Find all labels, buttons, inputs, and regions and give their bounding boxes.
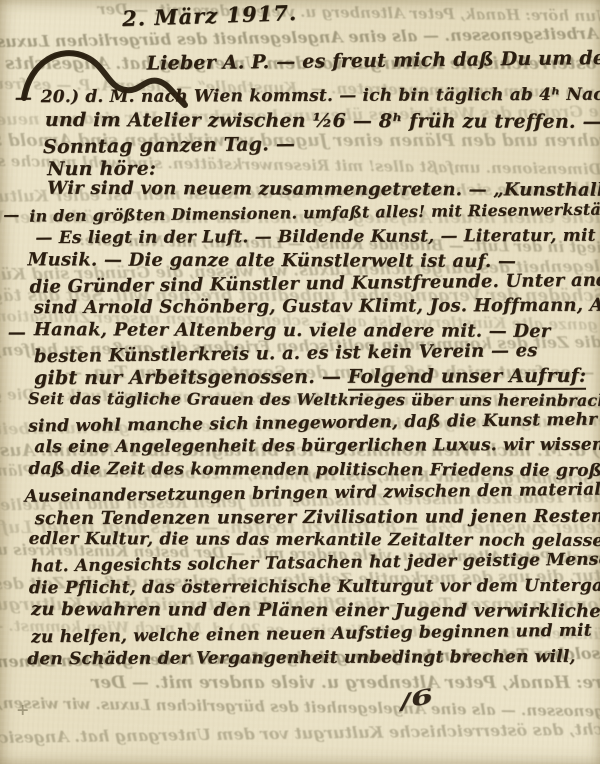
letter-line: die Gründer sind Künstler und Kunstfreun…: [29, 269, 600, 298]
letter-line-text: besten Künstlerkreis u. a. es ist kein V…: [34, 340, 538, 367]
letter-line-text: Seit das tägliche Grauen des Weltkrieges…: [28, 389, 600, 410]
letter-line: zu helfen, welche einen neuen Aufstieg b…: [31, 621, 592, 648]
letter-line-text: zu bewahren und den Plänen einer Jugend …: [31, 599, 600, 622]
letter-line-text: Wir sind von neuem zusammengetreten. — „…: [47, 178, 600, 201]
letter-line-text: zu helfen, welche einen neuen Aufstieg b…: [31, 621, 592, 648]
letter-line: als eine Angelegenheit des bürgerlichen …: [34, 435, 600, 458]
margin-dash: —: [15, 88, 32, 108]
letter-line: besten Künstlerkreis u. a. es ist kein V…: [34, 340, 538, 367]
underlined-phrase: Folgend unser Aufruf:: [348, 365, 587, 391]
letter-line: Musik. — Die ganze alte Künstlerwelt ist…: [27, 249, 516, 272]
letter-line-text: Nun höre:: [47, 158, 156, 180]
letter-line-text: hat. Angesichts solcher Tatsachen hat je…: [31, 549, 600, 576]
letter-line-text: die Gründer sind Künstler und Kunstfreun…: [29, 269, 600, 298]
margin-dash: —: [3, 205, 19, 224]
letter-line: Lieber A. P. — es freut mich daß Du um d…: [146, 47, 600, 75]
letter-line: sind wohl manche sich innegeworden, daß …: [28, 409, 600, 436]
letter-line: schen Tendenzen unserer Zivilisation und…: [35, 506, 600, 529]
letter-line-text: schen Tendenzen unserer Zivilisation und…: [35, 506, 600, 529]
letter-line-text: Auseinandersetzungen bringen wird zwisch…: [24, 479, 600, 507]
letter-line-text: den Schäden der Vergangenheit unbedingt …: [27, 647, 576, 669]
letter-line-text: daß die Zeit des kommenden politischen F…: [28, 459, 600, 481]
letter-line: Seit das tägliche Grauen des Weltkrieges…: [28, 389, 600, 410]
letter-line: daß die Zeit des kommenden politischen F…: [28, 459, 600, 481]
letter-line-text: gibt nur Arbeitsgenossen. —: [34, 366, 348, 389]
letter-line: Wir sind von neuem zusammengetreten. — „…: [47, 178, 600, 201]
letter-line: den Schäden der Vergangenheit unbedingt …: [27, 647, 576, 669]
letter-line: Hanak, Peter Altenberg u. viele andere m…: [34, 319, 551, 342]
letter-line-text: Musik. — Die ganze alte Künstlerwelt ist…: [27, 249, 516, 272]
letter-line: sind Arnold Schönberg, Gustav Klimt, Jos…: [34, 295, 600, 319]
letter-line-text: 20.) d. M. nach Wien kommst. — ich bin t…: [41, 85, 600, 108]
letter-line: Nun höre:: [47, 158, 156, 180]
letter-line: — Es liegt in der Luft. — Bildende Kunst…: [35, 226, 595, 248]
letter-line-text: in den größten Dimensionen. umfaßt alles…: [29, 199, 600, 226]
letter-line: und im Atelier zwischen ½6 — 8ʰ früh zu …: [45, 109, 600, 133]
letter-line: 20.) d. M. nach Wien kommst. — ich bin t…: [41, 85, 600, 108]
letter-body: Lieber A. P. — es freut mich daß Du um d…: [0, 0, 600, 764]
letter-line-text: als eine Angelegenheit des bürgerlichen …: [34, 435, 600, 458]
manuscript-page: Nun höre: Hanak, Peter Altenberg u. viel…: [0, 0, 600, 764]
letter-line: hat. Angesichts solcher Tatsachen hat je…: [31, 549, 600, 576]
letter-line: gibt nur Arbeitsgenossen. — Folgend unse…: [34, 365, 586, 389]
letter-line: in den größten Dimensionen. umfaßt alles…: [29, 199, 600, 226]
letter-line: Auseinandersetzungen bringen wird zwisch…: [24, 479, 600, 507]
letter-line: zu bewahren und den Plänen einer Jugend …: [31, 599, 600, 622]
letter-line-text: sind Arnold Schönberg, Gustav Klimt, Jos…: [34, 295, 600, 319]
letter-line-text: Lieber A. P. — es freut mich daß Du um d…: [146, 47, 600, 75]
letter-line-text: sind wohl manche sich innegeworden, daß …: [28, 409, 600, 436]
letter-line-text: — Es liegt in der Luft. — Bildende Kunst…: [35, 226, 595, 248]
letter-line: edler Kultur, die uns das merkantile Zei…: [29, 529, 600, 551]
letter-line-text: Sonntag ganzen Tag. —: [43, 133, 295, 158]
letter-line-text: und im Atelier zwischen ½6 — 8ʰ früh zu …: [45, 109, 600, 133]
letter-line-text: die Pflicht, das österreichische Kulturg…: [29, 576, 600, 599]
letter-line: Sonntag ganzen Tag. —: [43, 133, 295, 158]
letter-line: die Pflicht, das österreichische Kulturg…: [29, 576, 600, 599]
letter-line-text: Hanak, Peter Altenberg u. viele andere m…: [34, 319, 551, 342]
margin-dash: —: [8, 322, 26, 343]
letter-line-text: edler Kultur, die uns das merkantile Zei…: [29, 529, 600, 551]
